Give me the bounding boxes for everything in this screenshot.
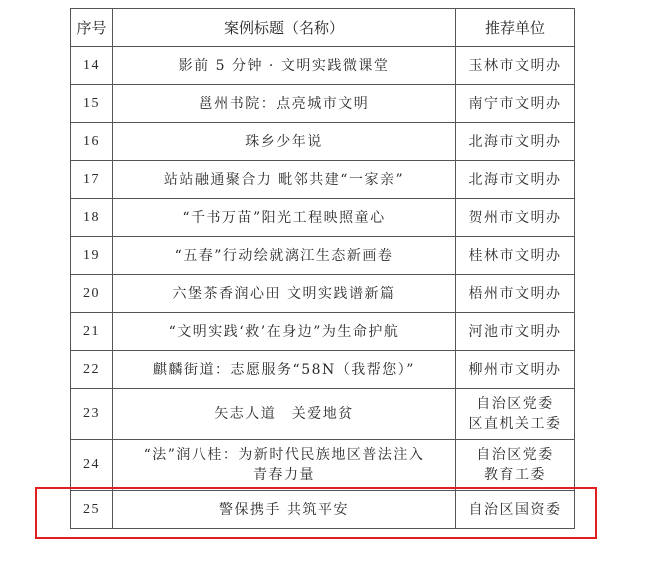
row-number: 25 — [71, 491, 113, 529]
table-row-highlighted: 25警保携手 共筑平安自治区国资委 — [71, 491, 575, 529]
row-number: 20 — [71, 275, 113, 313]
row-number: 21 — [71, 313, 113, 351]
table-row: 20六堡茶香润心田 文明实践谱新篇梧州市文明办 — [71, 275, 575, 313]
row-number: 22 — [71, 351, 113, 389]
table-row: 14影前 5 分钟 · 文明实践微课堂玉林市文明办 — [71, 47, 575, 85]
row-title: 六堡茶香润心田 文明实践谱新篇 — [113, 275, 456, 313]
row-unit: 贺州市文明办 — [456, 199, 575, 237]
row-number: 14 — [71, 47, 113, 85]
table-row: 15邕州书院：点亮城市文明南宁市文明办 — [71, 85, 575, 123]
row-title: 影前 5 分钟 · 文明实践微课堂 — [113, 47, 456, 85]
row-unit: 玉林市文明办 — [456, 47, 575, 85]
header-title: 案例标题（名称） — [113, 9, 456, 47]
row-number: 15 — [71, 85, 113, 123]
row-unit: 南宁市文明办 — [456, 85, 575, 123]
row-number: 19 — [71, 237, 113, 275]
row-title: 矢志人道 关爱地贫 — [113, 389, 456, 440]
row-title: “五春”行动绘就漓江生态新画卷 — [113, 237, 456, 275]
table-row: 19“五春”行动绘就漓江生态新画卷桂林市文明办 — [71, 237, 575, 275]
row-unit: 自治区党委 区直机关工委 — [456, 389, 575, 440]
row-number: 18 — [71, 199, 113, 237]
row-title: “文明实践‘救’在身边”为生命护航 — [113, 313, 456, 351]
table-row: 24“法”润八桂：为新时代民族地区普法注入 青春力量自治区党委 教育工委 — [71, 440, 575, 491]
table-row: 22麒麟街道：志愿服务“58N（我帮您）”柳州市文明办 — [71, 351, 575, 389]
table-header-row: 序号 案例标题（名称） 推荐单位 — [71, 9, 575, 47]
table-row: 17站站融通聚合力 毗邻共建“一家亲”北海市文明办 — [71, 161, 575, 199]
row-unit: 自治区党委 教育工委 — [456, 440, 575, 491]
row-unit: 柳州市文明办 — [456, 351, 575, 389]
row-number: 24 — [71, 440, 113, 491]
header-number: 序号 — [71, 9, 113, 47]
header-unit: 推荐单位 — [456, 9, 575, 47]
row-title: 麒麟街道：志愿服务“58N（我帮您）” — [113, 351, 456, 389]
row-title: “法”润八桂：为新时代民族地区普法注入 青春力量 — [113, 440, 456, 491]
row-number: 23 — [71, 389, 113, 440]
table-row: 21“文明实践‘救’在身边”为生命护航河池市文明办 — [71, 313, 575, 351]
row-title: 邕州书院：点亮城市文明 — [113, 85, 456, 123]
case-list-table: 序号 案例标题（名称） 推荐单位 14影前 5 分钟 · 文明实践微课堂玉林市文… — [70, 8, 575, 529]
table-row: 23矢志人道 关爱地贫自治区党委 区直机关工委 — [71, 389, 575, 440]
row-unit: 河池市文明办 — [456, 313, 575, 351]
row-number: 17 — [71, 161, 113, 199]
row-unit: 北海市文明办 — [456, 161, 575, 199]
row-unit: 桂林市文明办 — [456, 237, 575, 275]
row-title: 站站融通聚合力 毗邻共建“一家亲” — [113, 161, 456, 199]
row-title: 珠乡少年说 — [113, 123, 456, 161]
row-unit: 北海市文明办 — [456, 123, 575, 161]
row-title: “千书万苗”阳光工程映照童心 — [113, 199, 456, 237]
row-unit: 自治区国资委 — [456, 491, 575, 529]
row-title: 警保携手 共筑平安 — [113, 491, 456, 529]
table-row: 18“千书万苗”阳光工程映照童心贺州市文明办 — [71, 199, 575, 237]
row-number: 16 — [71, 123, 113, 161]
table-row: 16珠乡少年说北海市文明办 — [71, 123, 575, 161]
row-unit: 梧州市文明办 — [456, 275, 575, 313]
